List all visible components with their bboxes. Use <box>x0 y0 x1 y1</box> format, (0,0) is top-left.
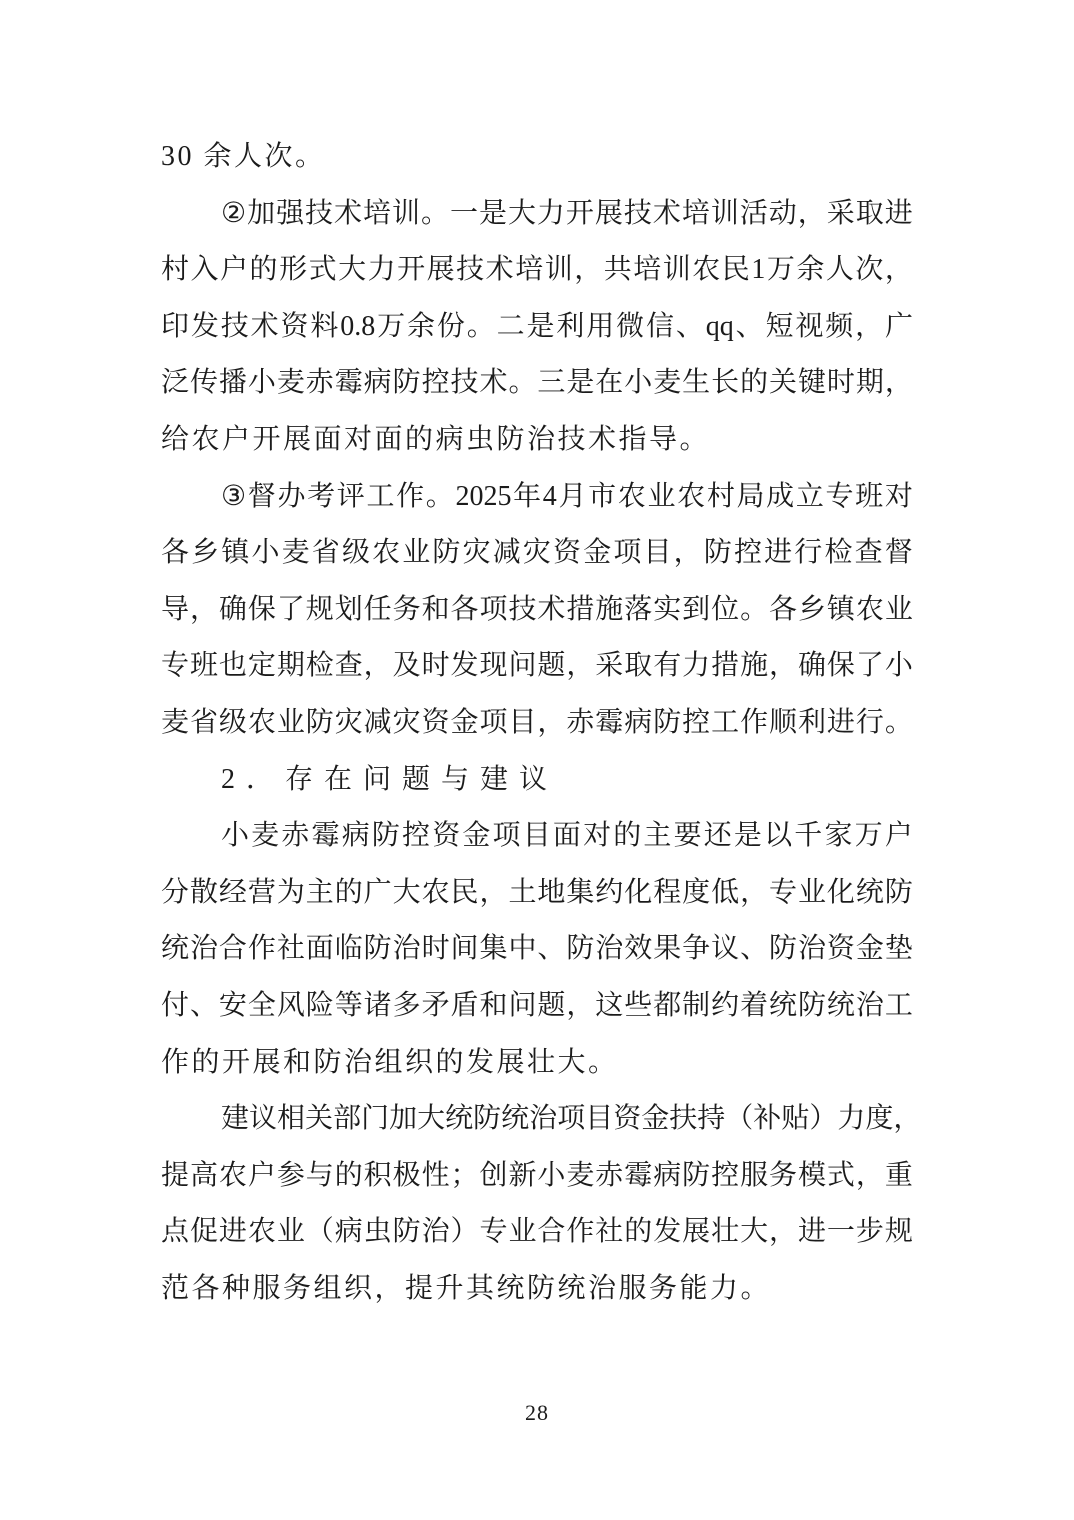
text-token: 度 <box>865 1091 893 1148</box>
text-token: 落 <box>624 582 652 639</box>
text-token: 业 <box>885 582 913 639</box>
text-token: 式 <box>309 242 337 299</box>
text-token: 份 <box>437 299 465 356</box>
text-line: 付、安全风险等诸多矛盾和问题，这些都制约着统防统治工 <box>161 978 913 1035</box>
text-token: （ <box>306 1204 334 1261</box>
text-token: 进 <box>827 695 855 752</box>
text-token: 三 <box>537 355 565 412</box>
text-token: 麦 <box>653 355 681 412</box>
text-token: 服 <box>740 1148 768 1205</box>
text-token: 是 <box>566 355 594 412</box>
text-token: 灾 <box>393 695 421 752</box>
text-token: 检 <box>306 638 334 695</box>
text-token: 的 <box>335 1148 363 1205</box>
text-token: 防 <box>653 695 681 752</box>
text-token: 赤 <box>595 1148 623 1205</box>
text-token: ， <box>479 865 507 922</box>
text-line: 导，确保了规划任务和各项技术措施落实到位。各乡镇农业 <box>161 582 913 639</box>
text-token: 诸 <box>364 978 392 1035</box>
text-token: 务 <box>769 1148 797 1205</box>
text-token: 期 <box>856 355 884 412</box>
text-token: 利 <box>798 695 826 752</box>
text-token: ； <box>451 1148 479 1205</box>
text-token: ， <box>364 638 392 695</box>
text-token: 户 <box>248 1148 276 1205</box>
text-token: 取 <box>856 186 884 243</box>
text-token: 到 <box>682 582 710 639</box>
text-token: 赤 <box>306 355 334 412</box>
text-token: 位 <box>711 582 739 639</box>
text-token: 省 <box>312 525 340 582</box>
text-token: 力 <box>837 1091 865 1148</box>
text-token: 共 <box>604 242 632 299</box>
text-token: 资 <box>281 299 309 356</box>
text-token: 班 <box>855 469 883 526</box>
text-token: 信 <box>646 299 674 356</box>
text-token: 小 <box>885 638 913 695</box>
text-line: 建议相关部门加大统防统治项目资金扶持（补贴）力度， <box>161 1091 913 1148</box>
text-token: 资 <box>553 525 581 582</box>
text-token: 和 <box>422 582 450 639</box>
text-token: 防 <box>473 1091 501 1148</box>
text-token: 以 <box>764 808 792 865</box>
text-token: 减 <box>364 695 392 752</box>
text-token: 农 <box>248 695 276 752</box>
text-token: 减 <box>493 525 521 582</box>
text-token: 治 <box>856 978 884 1035</box>
text-token: 万 <box>767 242 795 299</box>
text-token: 农 <box>248 1204 276 1261</box>
text-token: 主 <box>643 808 671 865</box>
text-token: 也 <box>219 638 247 695</box>
text-token: 赤 <box>566 695 594 752</box>
text-token: 乡 <box>191 525 219 582</box>
text-token: 1 <box>751 242 765 299</box>
text-token: 开 <box>397 242 425 299</box>
text-token: 余 <box>796 242 824 299</box>
text-token: 行 <box>794 525 822 582</box>
text-token: 镇 <box>827 582 855 639</box>
text-token: 金 <box>583 525 611 582</box>
text-token: 议 <box>249 1091 277 1148</box>
text-token: 控 <box>682 695 710 752</box>
text-token: 社 <box>595 1204 623 1261</box>
text-token: 、 <box>676 299 704 356</box>
text-token: 导 <box>161 582 189 639</box>
text-token: ， <box>855 299 883 356</box>
text-token: 术 <box>334 186 362 243</box>
text-token: 积 <box>364 1148 392 1205</box>
text-token: 垫 <box>885 921 913 978</box>
text-token: 贴 <box>781 1091 809 1148</box>
text-token: ， <box>574 242 602 299</box>
text-token: 0.8 <box>340 299 375 356</box>
text-token: 间 <box>451 921 479 978</box>
text-token: 霉 <box>312 808 340 865</box>
text-token: 万 <box>855 808 883 865</box>
text-token: 业 <box>647 469 675 526</box>
text-token: 度 <box>682 865 710 922</box>
text-token: 训 <box>663 242 691 299</box>
text-token: 项 <box>479 695 507 752</box>
text-token: 模 <box>798 1148 826 1205</box>
text-token: 统 <box>856 865 884 922</box>
text-token: 年 <box>513 469 541 526</box>
text-token: 这 <box>595 978 623 1035</box>
text-token: 乡 <box>798 582 826 639</box>
text-token: 形 <box>279 242 307 299</box>
text-token: 展 <box>682 1204 710 1261</box>
text-line: 给农户开展面对面的病虫防治技术指导。 <box>161 412 913 469</box>
text-token: 一 <box>827 1204 855 1261</box>
text-token: 工 <box>885 978 913 1035</box>
text-token: 主 <box>306 865 334 922</box>
text-token: 培 <box>682 186 710 243</box>
text-token: 金 <box>451 695 479 752</box>
text-token: 施 <box>595 582 623 639</box>
text-token: 面 <box>553 808 581 865</box>
text-token: 对 <box>885 469 913 526</box>
text-token: 门 <box>361 1091 389 1148</box>
text-token: 病 <box>364 355 392 412</box>
text-token: 目 <box>508 695 536 752</box>
text-token: 术 <box>486 242 514 299</box>
text-token: 农 <box>856 582 884 639</box>
text-token: 资 <box>827 921 855 978</box>
text-token: 土 <box>508 865 536 922</box>
text-token: 部 <box>333 1091 361 1148</box>
text-token: 麦 <box>277 355 305 412</box>
text-token: ， <box>885 242 913 299</box>
text-token: 式 <box>827 1148 855 1205</box>
text-token: 是 <box>479 186 507 243</box>
text-token: 防 <box>306 695 334 752</box>
text-token: 级 <box>219 695 247 752</box>
text-token: 病 <box>653 1148 681 1205</box>
text-token: 训 <box>711 186 739 243</box>
text-token: 确 <box>219 582 247 639</box>
text-token: 在 <box>595 355 623 412</box>
text-token: 进 <box>885 186 913 243</box>
text-token: 加 <box>389 1091 417 1148</box>
text-token: 集 <box>566 865 594 922</box>
text-token: 级 <box>342 525 370 582</box>
section-heading: 2．存在问题与建议 <box>161 752 913 809</box>
text-token: 强 <box>276 186 304 243</box>
text-token: 业 <box>402 525 430 582</box>
text-token: 目 <box>644 525 672 582</box>
text-token: 控 <box>711 1148 739 1205</box>
text-token: 麦 <box>251 808 279 865</box>
text-token: 专 <box>479 1204 507 1261</box>
text-token: 户 <box>220 242 248 299</box>
text-token: ， <box>566 638 594 695</box>
text-token: 都 <box>653 978 681 1035</box>
text-line: 麦省级农业防灾减灾资金项目，赤霉病防控工作顺利进行。 <box>161 695 913 752</box>
text-token: 极 <box>393 1148 421 1205</box>
text-token: 控 <box>422 355 450 412</box>
text-token: 麦 <box>282 525 310 582</box>
text-token: 小 <box>251 525 279 582</box>
text-token: 大 <box>508 186 536 243</box>
text-token: 灾 <box>523 525 551 582</box>
text-token: ， <box>885 355 913 412</box>
text-token: 防 <box>432 525 460 582</box>
text-token: ， <box>798 186 826 243</box>
text-token: 时 <box>827 355 855 412</box>
text-token: 。 <box>467 299 495 356</box>
text-token: 立 <box>796 469 824 526</box>
text-token: qq <box>706 299 734 356</box>
text-token: 议 <box>711 921 739 978</box>
text-token: 班 <box>190 638 218 695</box>
text-token: 措 <box>566 582 594 639</box>
text-token: 展 <box>427 242 455 299</box>
text-token: 约 <box>595 865 623 922</box>
text-token: ② <box>221 186 246 243</box>
text-token: 频 <box>825 299 853 356</box>
text-token: 万 <box>377 299 405 356</box>
text-token: 目 <box>523 808 551 865</box>
text-line: ②加强技术培训。一是大力开展技术培训活动，采取进 <box>161 186 913 243</box>
text-token: 专 <box>826 469 854 526</box>
text-token: 防 <box>566 921 594 978</box>
text-token: 大 <box>393 865 421 922</box>
text-token: 发 <box>451 638 479 695</box>
text-token: 作 <box>248 921 276 978</box>
text-token: 盾 <box>451 978 479 1035</box>
text-token: 工 <box>711 695 739 752</box>
text-token: 采 <box>595 638 623 695</box>
text-token: 保 <box>248 582 276 639</box>
text-token: 各 <box>161 525 189 582</box>
text-token: 金 <box>856 921 884 978</box>
text-token: 了 <box>856 638 884 695</box>
text-token: 技 <box>624 186 652 243</box>
text-token: 病 <box>624 695 652 752</box>
text-token: 还 <box>704 808 732 865</box>
text-token: 发 <box>653 1204 681 1261</box>
text-token: 地 <box>537 865 565 922</box>
text-token: ， <box>769 638 797 695</box>
text-line: 专班也定期检查，及时发现问题，采取有力措施，确保了小 <box>161 638 913 695</box>
text-token: 视 <box>795 299 823 356</box>
text-token: 术 <box>537 582 565 639</box>
text-token: 与 <box>306 1148 334 1205</box>
text-token: 成 <box>766 469 794 526</box>
text-token: 问 <box>508 978 536 1035</box>
text-token: 作 <box>396 469 424 526</box>
text-token: 持 <box>697 1091 725 1148</box>
text-token: 项 <box>557 1091 585 1148</box>
text-token: 进 <box>219 1204 247 1261</box>
text-token: 微 <box>616 299 644 356</box>
text-token: 约 <box>711 978 739 1035</box>
text-token: 分 <box>161 865 189 922</box>
text-line: ③督办考评工作。2025年4月市农业农村局成立专班对 <box>161 469 913 526</box>
text-token: 关 <box>305 1091 333 1148</box>
text-token: 关 <box>769 355 797 412</box>
text-token: 评 <box>337 469 365 526</box>
text-line: 30 余人次。 <box>161 129 913 186</box>
text-token: 查 <box>855 525 883 582</box>
text-token: 。 <box>421 186 449 243</box>
text-token: 局 <box>736 469 764 526</box>
text-line: 提高农户参与的积极性；创新小麦赤霉病防控服务模式，重 <box>161 1148 913 1205</box>
text-token: 安 <box>219 978 247 1035</box>
text-token: 治 <box>798 921 826 978</box>
text-token: 、 <box>740 921 768 978</box>
text-token: 化 <box>827 865 855 922</box>
text-token: ， <box>190 582 218 639</box>
text-token: 防 <box>704 525 732 582</box>
text-token: 划 <box>335 582 363 639</box>
text-token: 有 <box>653 638 681 695</box>
text-token: 考 <box>307 469 335 526</box>
text-token: 的 <box>613 808 641 865</box>
text-token: 二 <box>497 299 525 356</box>
text-token: 金 <box>641 1091 669 1148</box>
text-token: 目 <box>585 1091 613 1148</box>
text-token: 相 <box>277 1091 305 1148</box>
text-token: 工 <box>366 469 394 526</box>
text-token: 千 <box>794 808 822 865</box>
text-token: 高 <box>190 1148 218 1205</box>
text-token: 进 <box>764 525 792 582</box>
text-token: 小 <box>221 808 249 865</box>
text-token: 补 <box>753 1091 781 1148</box>
text-token: 霉 <box>624 1148 652 1205</box>
text-token: 技 <box>221 299 249 356</box>
text-token: 户 <box>885 808 913 865</box>
text-token: 治 <box>393 921 421 978</box>
text-token: 业 <box>277 1204 305 1261</box>
text-token: 业 <box>798 865 826 922</box>
text-token: 治 <box>529 1091 557 1148</box>
text-token: 社 <box>277 921 305 978</box>
text-token: 防 <box>798 978 826 1035</box>
text-token: 民 <box>451 865 479 922</box>
text-token: 省 <box>190 695 218 752</box>
text-token: 现 <box>479 638 507 695</box>
text-token: 霉 <box>335 355 363 412</box>
text-token: 术 <box>251 299 279 356</box>
text-token: 长 <box>711 355 739 412</box>
text-token: 活 <box>740 186 768 243</box>
text-token: 统 <box>501 1091 529 1148</box>
text-token: 督 <box>248 469 276 526</box>
text-token: 创 <box>479 1148 507 1205</box>
text-token: 散 <box>190 865 218 922</box>
text-token: 麦 <box>161 695 189 752</box>
text-token: 合 <box>219 921 247 978</box>
text-line: 各乡镇小麦省级农业防灾减灾资金项目，防控进行检查督 <box>161 525 913 582</box>
text-token: 付 <box>161 978 189 1035</box>
text-token: 技 <box>456 242 484 299</box>
text-line: 小麦赤霉病防控资金项目面对的主要还是以千家万户 <box>161 808 913 865</box>
text-token: 是 <box>526 299 554 356</box>
text-token: ） <box>451 1204 479 1261</box>
text-token: 统 <box>769 978 797 1035</box>
text-token: 的 <box>335 865 363 922</box>
text-token: 开 <box>566 186 594 243</box>
text-token: 措 <box>711 638 739 695</box>
text-token: 项 <box>479 582 507 639</box>
text-token: 作 <box>566 1204 594 1261</box>
text-token: 的 <box>740 355 768 412</box>
text-token: 生 <box>682 355 710 412</box>
document-body: 30 余人次。②加强技术培训。一是大力开展技术培训活动，采取进村入户的形式大力开… <box>161 129 913 1317</box>
text-token: 农 <box>618 469 646 526</box>
text-token: 广 <box>364 865 392 922</box>
text-token: 力 <box>368 242 396 299</box>
text-token: 。 <box>740 582 768 639</box>
text-token: 低 <box>711 865 739 922</box>
text-token: 业 <box>277 695 305 752</box>
text-token: 新 <box>508 1148 536 1205</box>
text-token: 要 <box>674 808 702 865</box>
text-token: 余 <box>407 299 435 356</box>
text-line: 印发技术资料0.8万余份。二是利用微信、qq、短视频，广 <box>161 299 913 356</box>
text-token: 的 <box>250 242 278 299</box>
text-token: 月 <box>558 469 586 526</box>
text-token: 农 <box>372 525 400 582</box>
text-token: 一 <box>450 186 478 243</box>
text-line: 作的开展和防治组织的发展壮大。 <box>161 1035 913 1092</box>
text-token: 全 <box>248 978 276 1035</box>
text-token: 步 <box>856 1204 884 1261</box>
text-token: 和 <box>479 978 507 1035</box>
text-token: 问 <box>508 638 536 695</box>
text-token: 小 <box>624 355 652 412</box>
text-token: 泛 <box>161 355 189 412</box>
text-token: 术 <box>479 355 507 412</box>
text-token: 大 <box>740 1204 768 1261</box>
text-token: 病 <box>342 808 370 865</box>
text-token: 合 <box>537 1204 565 1261</box>
text-token: 集 <box>479 921 507 978</box>
text-token: 防 <box>885 865 913 922</box>
text-token: 作 <box>740 695 768 752</box>
text-token: （ <box>725 1091 753 1148</box>
text-token: 资 <box>613 1091 641 1148</box>
text-token: 防 <box>372 808 400 865</box>
text-token: 传 <box>190 355 218 412</box>
text-token: 为 <box>277 865 305 922</box>
text-token: 果 <box>653 921 681 978</box>
text-token: 争 <box>682 921 710 978</box>
text-token: 期 <box>277 638 305 695</box>
text-token: 市 <box>588 469 616 526</box>
text-line: 分散经营为主的广大农民，土地集约化程度低，专业化统防 <box>161 865 913 922</box>
text-token: 防 <box>393 1204 421 1261</box>
text-token: 统 <box>445 1091 473 1148</box>
text-token: 些 <box>624 978 652 1035</box>
text-token: 确 <box>798 638 826 695</box>
text-token: 灾 <box>463 525 491 582</box>
text-token: 防 <box>393 355 421 412</box>
text-token: 农 <box>422 865 450 922</box>
text-token: 办 <box>277 469 305 526</box>
text-token: 防 <box>364 921 392 978</box>
text-token: 保 <box>827 638 855 695</box>
text-token: 化 <box>624 865 652 922</box>
text-token: 矛 <box>422 978 450 1035</box>
text-line: 点促进农业（病虫防治）专业合作社的发展壮大，进一步规 <box>161 1204 913 1261</box>
text-token: 次 <box>855 242 883 299</box>
text-token: 及 <box>393 638 421 695</box>
text-token: 实 <box>653 582 681 639</box>
